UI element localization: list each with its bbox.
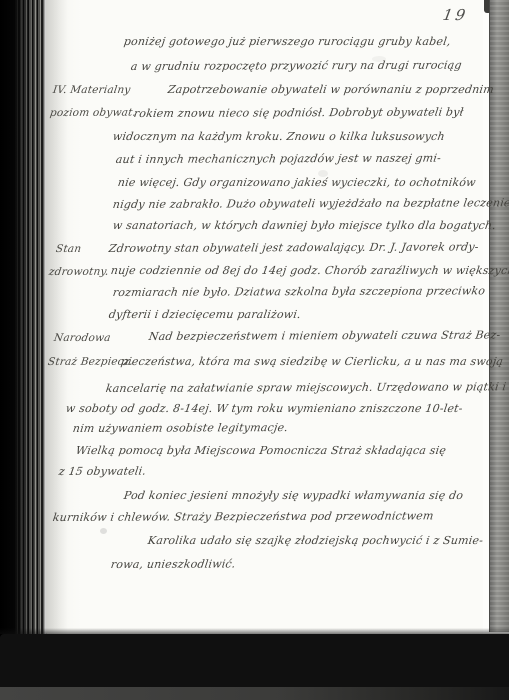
- handwritten-line: Wielką pomocą była Miejscowa Pomocnicza …: [75, 444, 447, 457]
- handwritten-line: rokiem znowu nieco się podniósł. Dobroby…: [133, 106, 464, 120]
- handwritten-line: aut i innych mechanicznych pojazdów jest…: [115, 152, 442, 166]
- margin-note: IV. Materialny: [52, 84, 131, 97]
- scanned-manuscript-page: 19 IV. Materialny poziom obywat. Stan zd…: [0, 0, 509, 700]
- handwritten-line: a w grudniu rozpoczęto przywozić rury na…: [130, 59, 463, 73]
- handwritten-line: w sanatoriach, w których dawniej było mi…: [112, 219, 497, 232]
- handwritten-line: poniżej gotowego już pierwszego rurociąg…: [123, 35, 452, 48]
- handwritten-line: widocznym na każdym kroku. Znowu o kilka…: [112, 130, 446, 143]
- handwritten-line: Karolika udało się szajkę złodziejską po…: [147, 534, 484, 547]
- margin-note: zdrowotny.: [48, 266, 110, 279]
- margin-note: Stan: [55, 243, 82, 256]
- handwritten-line: pieczeństwa, która ma swą siedzibę w Cie…: [120, 355, 504, 368]
- handwritten-line: w soboty od godz. 8-14ej. W tym roku wym…: [65, 402, 464, 415]
- handwritten-line: kurników i chlewów. Straży Bezpieczeństw…: [52, 509, 435, 524]
- handwritten-line: Zdrowotny stan obywateli jest zadowalają…: [108, 240, 480, 255]
- handwritten-line: rozmiarach nie było. Dziatwa szkolna był…: [112, 284, 486, 299]
- handwritten-line: rowa, unieszkodliwić.: [110, 557, 237, 571]
- handwritten-line: dyfterii i dziecięcemu paraliżowi.: [108, 308, 302, 321]
- handwritten-line: kancelarię na załatwianie spraw miejscow…: [105, 380, 507, 395]
- page-number: 19: [441, 6, 469, 24]
- handwritten-line: Nad bezpieczeństwem i mieniem obywateli …: [148, 328, 501, 343]
- handwritten-line: nim używaniem osobiste legitymacje.: [72, 421, 289, 435]
- handwritten-line: nie więcej. Gdy organizowano jakieś wyci…: [117, 176, 477, 189]
- handwritten-line: nigdy nie zabrakło. Dużo obywateli wyjeż…: [112, 196, 509, 211]
- margin-note: poziom obywat.: [49, 107, 137, 120]
- handwritten-line: Pod koniec jesieni mnożyły się wypadki w…: [123, 489, 464, 502]
- handwritten-line: z 15 obywateli.: [58, 465, 147, 478]
- handwritten-line: nuje codziennie od 8ej do 14ej godz. Cho…: [110, 264, 509, 277]
- margin-note: Narodowa: [53, 332, 112, 345]
- handwritten-line: Zapotrzebowanie obywateli w porównaniu z…: [167, 83, 495, 96]
- handwriting-layer: 19 IV. Materialny poziom obywat. Stan zd…: [0, 0, 509, 700]
